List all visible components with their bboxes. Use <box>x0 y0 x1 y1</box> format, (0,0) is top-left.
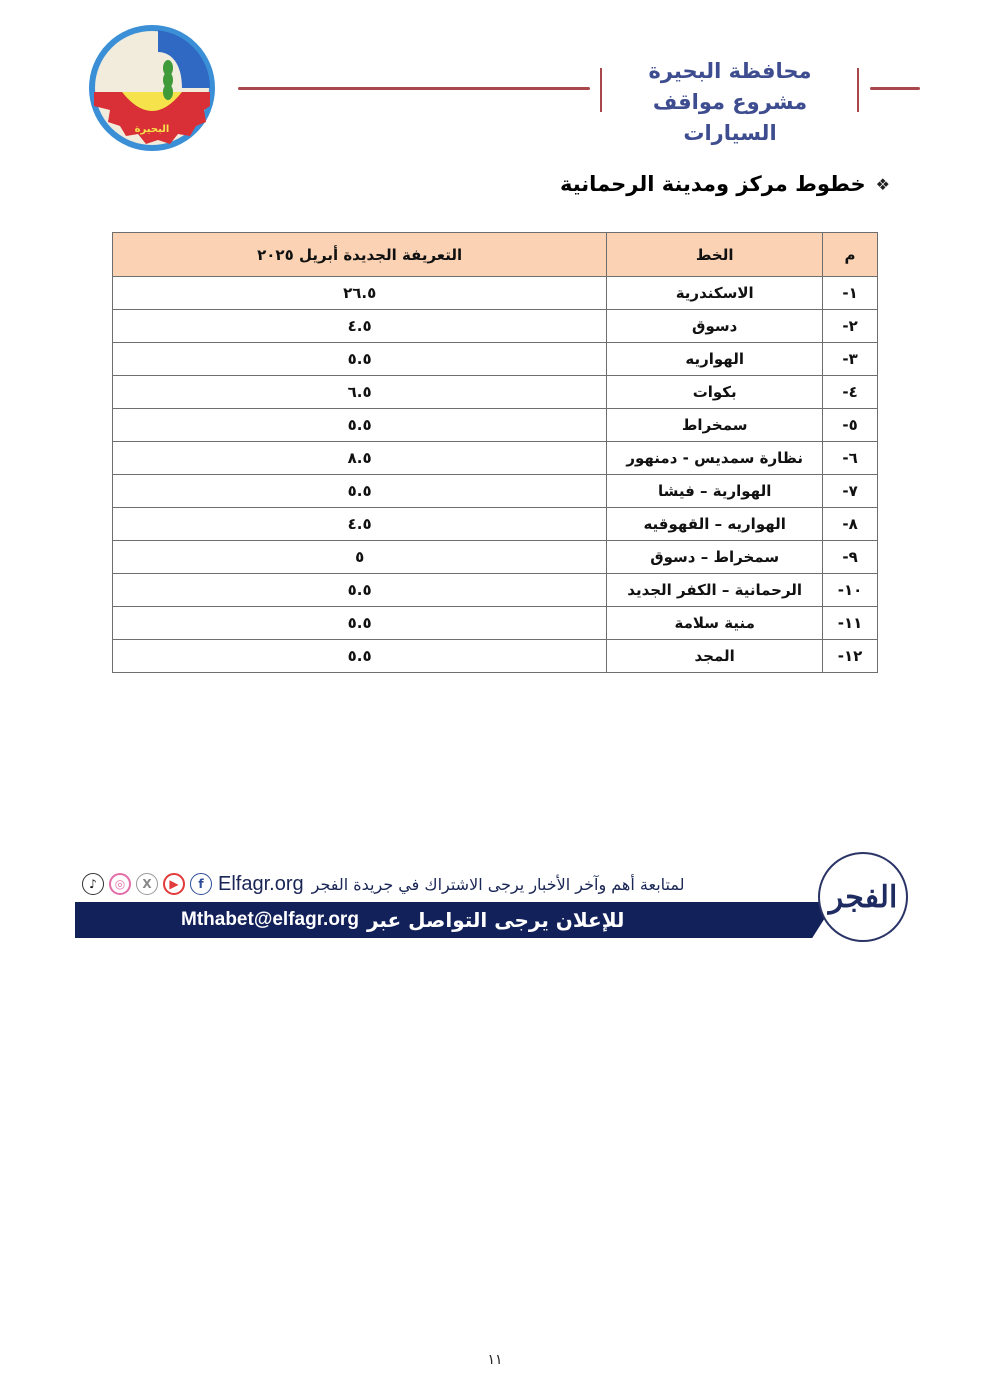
row-fare: ٨.٥ <box>113 442 607 475</box>
table-row: ١-الاسكندرية٢٦.٥ <box>113 277 878 310</box>
row-line: الاسكندرية <box>607 277 823 310</box>
column-header-line: الخط <box>607 233 823 277</box>
row-number: ١٢- <box>823 640 878 673</box>
row-line: منية سلامة <box>607 607 823 640</box>
row-number: ٢- <box>823 310 878 343</box>
row-fare: ٤.٥ <box>113 310 607 343</box>
row-line: المجد <box>607 640 823 673</box>
governorate-name: محافظة البحيرة <box>605 56 855 87</box>
header-rule-left <box>238 87 590 90</box>
row-number: ١- <box>823 277 878 310</box>
row-line: الهواريه – القهوقيه <box>607 508 823 541</box>
header-divider-left <box>600 68 602 112</box>
table-header-row: م الخط التعريفة الجديدة أبريل ٢٠٢٥ <box>113 233 878 277</box>
column-header-fare: التعريفة الجديدة أبريل ٢٠٢٥ <box>113 233 607 277</box>
row-fare: ٤.٥ <box>113 508 607 541</box>
table-row: ٥-سمخراط٥.٥ <box>113 409 878 442</box>
row-fare: ٥ <box>113 541 607 574</box>
row-number: ٨- <box>823 508 878 541</box>
row-line: الهوارية – فيشا <box>607 475 823 508</box>
table-row: ٧-الهوارية – فيشا٥.٥ <box>113 475 878 508</box>
project-name: مشروع مواقف السيارات <box>605 87 855 149</box>
table-row: ٨-الهواريه – القهوقيه٤.٥ <box>113 508 878 541</box>
row-line: بكوات <box>607 376 823 409</box>
row-fare: ٥.٥ <box>113 409 607 442</box>
fares-table: م الخط التعريفة الجديدة أبريل ٢٠٢٥ ١-الا… <box>112 232 878 673</box>
ad-contact-text: للإعلان يرجى التواصل عبر <box>367 908 624 932</box>
row-number: ١١- <box>823 607 878 640</box>
row-number: ٧- <box>823 475 878 508</box>
row-number: ٦- <box>823 442 878 475</box>
section-heading: ❖ خطوط مركز ومدينة الرحمانية <box>560 172 890 196</box>
elfagr-logo: الفجر <box>818 852 908 942</box>
footer-ad-band: Mthabet@elfagr.org للإعلان يرجى التواصل … <box>75 902 835 938</box>
footer-subscribe-line: ♪ ◎ X ▶ f Elfagr.org لمتابعة أهم وآخر ال… <box>82 868 802 900</box>
table-row: ١١-منية سلامة٥.٥ <box>113 607 878 640</box>
row-line: سمخراط – دسوق <box>607 541 823 574</box>
header-divider-right <box>857 68 859 112</box>
x-icon[interactable]: X <box>136 873 158 895</box>
row-line: دسوق <box>607 310 823 343</box>
contact-email[interactable]: Mthabet@elfagr.org <box>181 909 359 931</box>
table-row: ٩-سمخراط – دسوق٥ <box>113 541 878 574</box>
table-row: ٦-نظارة سمديس - دمنهور٨.٥ <box>113 442 878 475</box>
row-fare: ٢٦.٥ <box>113 277 607 310</box>
row-fare: ٦.٥ <box>113 376 607 409</box>
table-row: ٤-بكوات٦.٥ <box>113 376 878 409</box>
row-fare: ٥.٥ <box>113 475 607 508</box>
instagram-icon[interactable]: ◎ <box>109 873 131 895</box>
table-row: ١٢-المجد٥.٥ <box>113 640 878 673</box>
row-fare: ٥.٥ <box>113 607 607 640</box>
svg-text:البحيرة: البحيرة <box>135 124 170 135</box>
section-title: خطوط مركز ومدينة الرحمانية <box>560 172 866 196</box>
row-fare: ٥.٥ <box>113 574 607 607</box>
row-fare: ٥.٥ <box>113 343 607 376</box>
row-number: ٩- <box>823 541 878 574</box>
column-header-number: م <box>823 233 878 277</box>
diamond-bullet-icon: ❖ <box>876 175 890 194</box>
header-rule-right <box>870 87 920 90</box>
table-row: ٢-دسوق٤.٥ <box>113 310 878 343</box>
row-fare: ٥.٥ <box>113 640 607 673</box>
row-number: ٣- <box>823 343 878 376</box>
facebook-icon[interactable]: f <box>190 873 212 895</box>
row-line: الهواريه <box>607 343 823 376</box>
row-line: سمخراط <box>607 409 823 442</box>
tiktok-icon[interactable]: ♪ <box>82 873 104 895</box>
row-number: ٤- <box>823 376 878 409</box>
table-row: ١٠-الرحمانية – الكفر الجديد٥.٥ <box>113 574 878 607</box>
governorate-logo: البحيرة <box>86 22 218 154</box>
site-link[interactable]: Elfagr.org <box>218 873 304 896</box>
social-icons: ♪ ◎ X ▶ f <box>82 873 212 895</box>
row-line: نظارة سمديس - دمنهور <box>607 442 823 475</box>
row-number: ١٠- <box>823 574 878 607</box>
header-title: محافظة البحيرة مشروع مواقف السيارات <box>605 56 855 149</box>
row-number: ٥- <box>823 409 878 442</box>
page-number: ١١ <box>470 1352 520 1368</box>
row-line: الرحمانية – الكفر الجديد <box>607 574 823 607</box>
table-row: ٣-الهواريه٥.٥ <box>113 343 878 376</box>
subscribe-text: لمتابعة أهم وآخر الأخبار يرجى الاشتراك ف… <box>312 875 685 894</box>
youtube-icon[interactable]: ▶ <box>163 873 185 895</box>
